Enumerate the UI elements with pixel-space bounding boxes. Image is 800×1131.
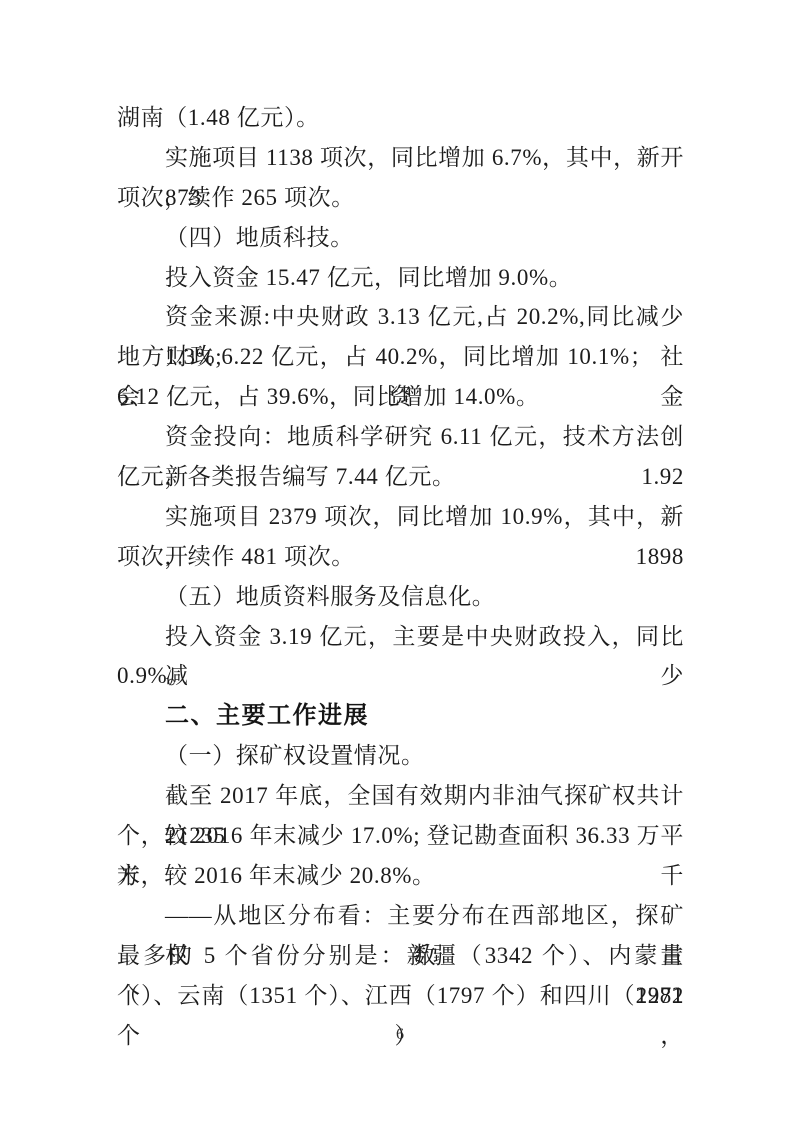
text-line: 实施项目 1138 项次，同比增加 6.7%，其中，新开 873 (117, 138, 684, 178)
text-line: （一）探矿权设置情况。 (117, 736, 684, 776)
text-line: 湖南（1.48 亿元）。 (117, 98, 684, 138)
text-line: 资金投向：地质科学研究 6.11 亿元，技术方法创新 1.92 (117, 417, 684, 457)
text-line: 截至 2017 年底，全国有效期内非油气探矿权共计 21235 (117, 776, 684, 816)
text-line: 项次，续作 265 项次。 (117, 178, 684, 218)
text-line: 最多的 5 个省份分别是：新疆（3342 个）、内蒙古（2971 (117, 936, 684, 976)
text-line: （五）地质资料服务及信息化。 (117, 577, 684, 617)
document-page: 湖南（1.48 亿元）。实施项目 1138 项次，同比增加 6.7%，其中，新开… (0, 0, 800, 1131)
text-line: 资金来源:中央财政 3.13 亿元,占 20.2%,同比减少 1.3%; (117, 297, 684, 337)
text-line: ——从地区分布看：主要分布在西部地区，探矿权数量 (117, 896, 684, 936)
document-body: 湖南（1.48 亿元）。实施项目 1138 项次，同比增加 6.7%，其中，新开… (117, 98, 684, 1015)
text-line: 投入资金 15.47 亿元，同比增加 9.0%。 (117, 258, 684, 298)
text-line: 地方财政 6.22 亿元，占 40.2%，同比增加 10.1%； 社会资金 (117, 337, 684, 377)
text-line: 个）、云南（1351 个）、江西（1797 个）和四川（1282 个）， (117, 976, 684, 1016)
text-line: 个，较 2016 年末减少 17.0%; 登记勘查面积 36.33 万平方千 (117, 816, 684, 856)
text-line: 实施项目 2379 项次，同比增加 10.9%，其中，新开 1898 (117, 497, 684, 537)
page-number: 6 (0, 1026, 800, 1044)
text-line: （四）地质科技。 (117, 218, 684, 258)
section-heading: 二、主要工作进展 (117, 696, 684, 736)
text-line: 投入资金 3.19 亿元，主要是中央财政投入，同比减少 (117, 617, 684, 657)
